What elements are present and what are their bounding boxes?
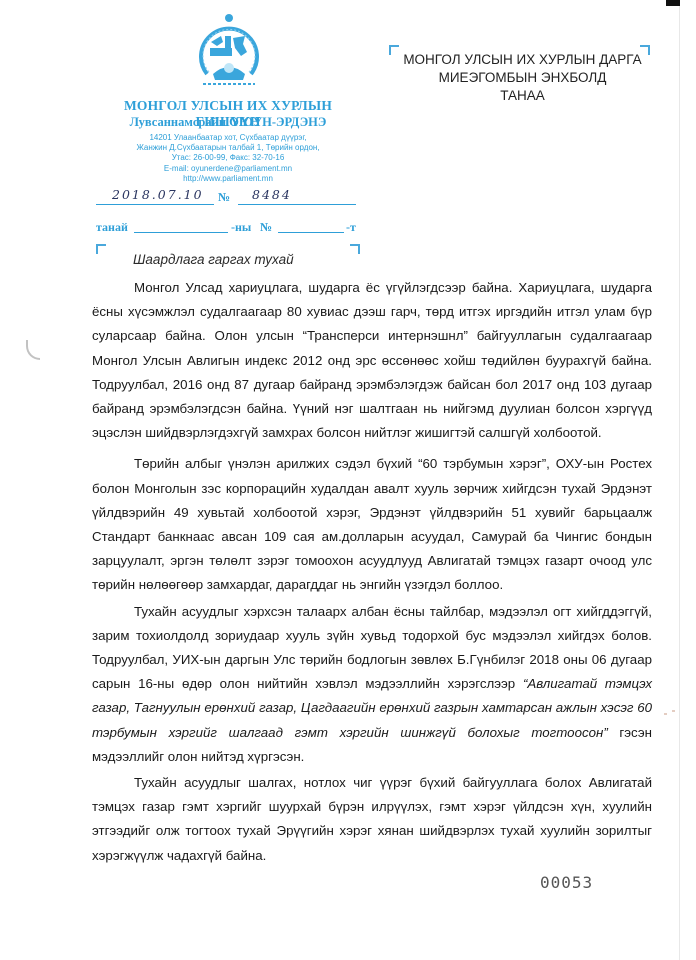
- handwritten-date: 2018.07.10: [112, 187, 204, 202]
- subject-bracket-right: [350, 244, 360, 254]
- website-line: http://www.parliament.mn: [96, 174, 360, 184]
- subject-line: Шаардлага гаргах тухай: [133, 252, 294, 267]
- address-line: Жанжин Д.Сүхбаатарын талбай 1, Төрийн ор…: [96, 143, 360, 153]
- address-line: 14201 Улаанбаатар хот, Сүхбаатар дүүрэг,: [96, 133, 360, 143]
- number-sign: №: [218, 190, 230, 205]
- subject-bracket-left: [96, 244, 106, 254]
- body-paragraph: Төрийн албыг үнэлэн арилжих сэдэл бүхий …: [92, 452, 652, 597]
- ref-date-suffix: -ны: [231, 220, 251, 235]
- hole-punch-mark: [26, 340, 40, 360]
- recipient-title: МОНГОЛ УЛСЫН ИХ ХУРЛЫН ДАРГА: [395, 51, 650, 69]
- recipient-address-word: ТАНАА: [395, 87, 650, 105]
- email-line: E-mail: oyunerdene@parliament.mn: [96, 164, 360, 174]
- body-paragraph: Тухайн асуудлыг шалгах, нотлох чиг үүрэг…: [92, 771, 652, 868]
- recipient-name: МИЕЭГОМБЫН ЭНХБОЛД: [395, 69, 650, 87]
- body-paragraph: Монгол Улсад хариуцлага, шударга ёс үгүй…: [92, 276, 652, 445]
- ref-prefix-label: танай: [96, 220, 128, 235]
- ref-number-underline: [278, 232, 344, 233]
- handwritten-number: 8484: [252, 187, 292, 202]
- scan-speck: [672, 710, 675, 712]
- scan-edge: [679, 0, 680, 960]
- body-paragraph: Тухайн асуудлыг хэрхсэн талаарх албан ёс…: [92, 600, 652, 769]
- letter-page: МОНГОЛ УЛСЫН ИХ ХУРЛЫН ГИШҮҮН Лувсаннамс…: [0, 0, 696, 960]
- page-number-stamp: 00053: [540, 873, 593, 892]
- scan-speck: [664, 713, 667, 715]
- number-underline: [238, 204, 356, 205]
- mongolia-state-emblem-icon: [193, 12, 265, 90]
- ref-number-suffix: -т: [346, 220, 356, 235]
- ref-date-underline: [134, 232, 228, 233]
- phone-fax-line: Утас: 26-00-99, Факс: 32-70-16: [96, 153, 360, 163]
- ref-number-sign: №: [260, 220, 272, 235]
- member-name: Лувсаннамсрайн ОЮУН-ЭРДЭНЭ: [96, 115, 360, 130]
- recipient-block: МОНГОЛ УЛСЫН ИХ ХУРЛЫН ДАРГА МИЕЭГОМБЫН …: [395, 51, 650, 105]
- scan-corner-mark: [666, 0, 680, 6]
- date-underline: [96, 204, 214, 205]
- letter-body: Монгол Улсад хариуцлага, шударга ёс үгүй…: [92, 276, 652, 868]
